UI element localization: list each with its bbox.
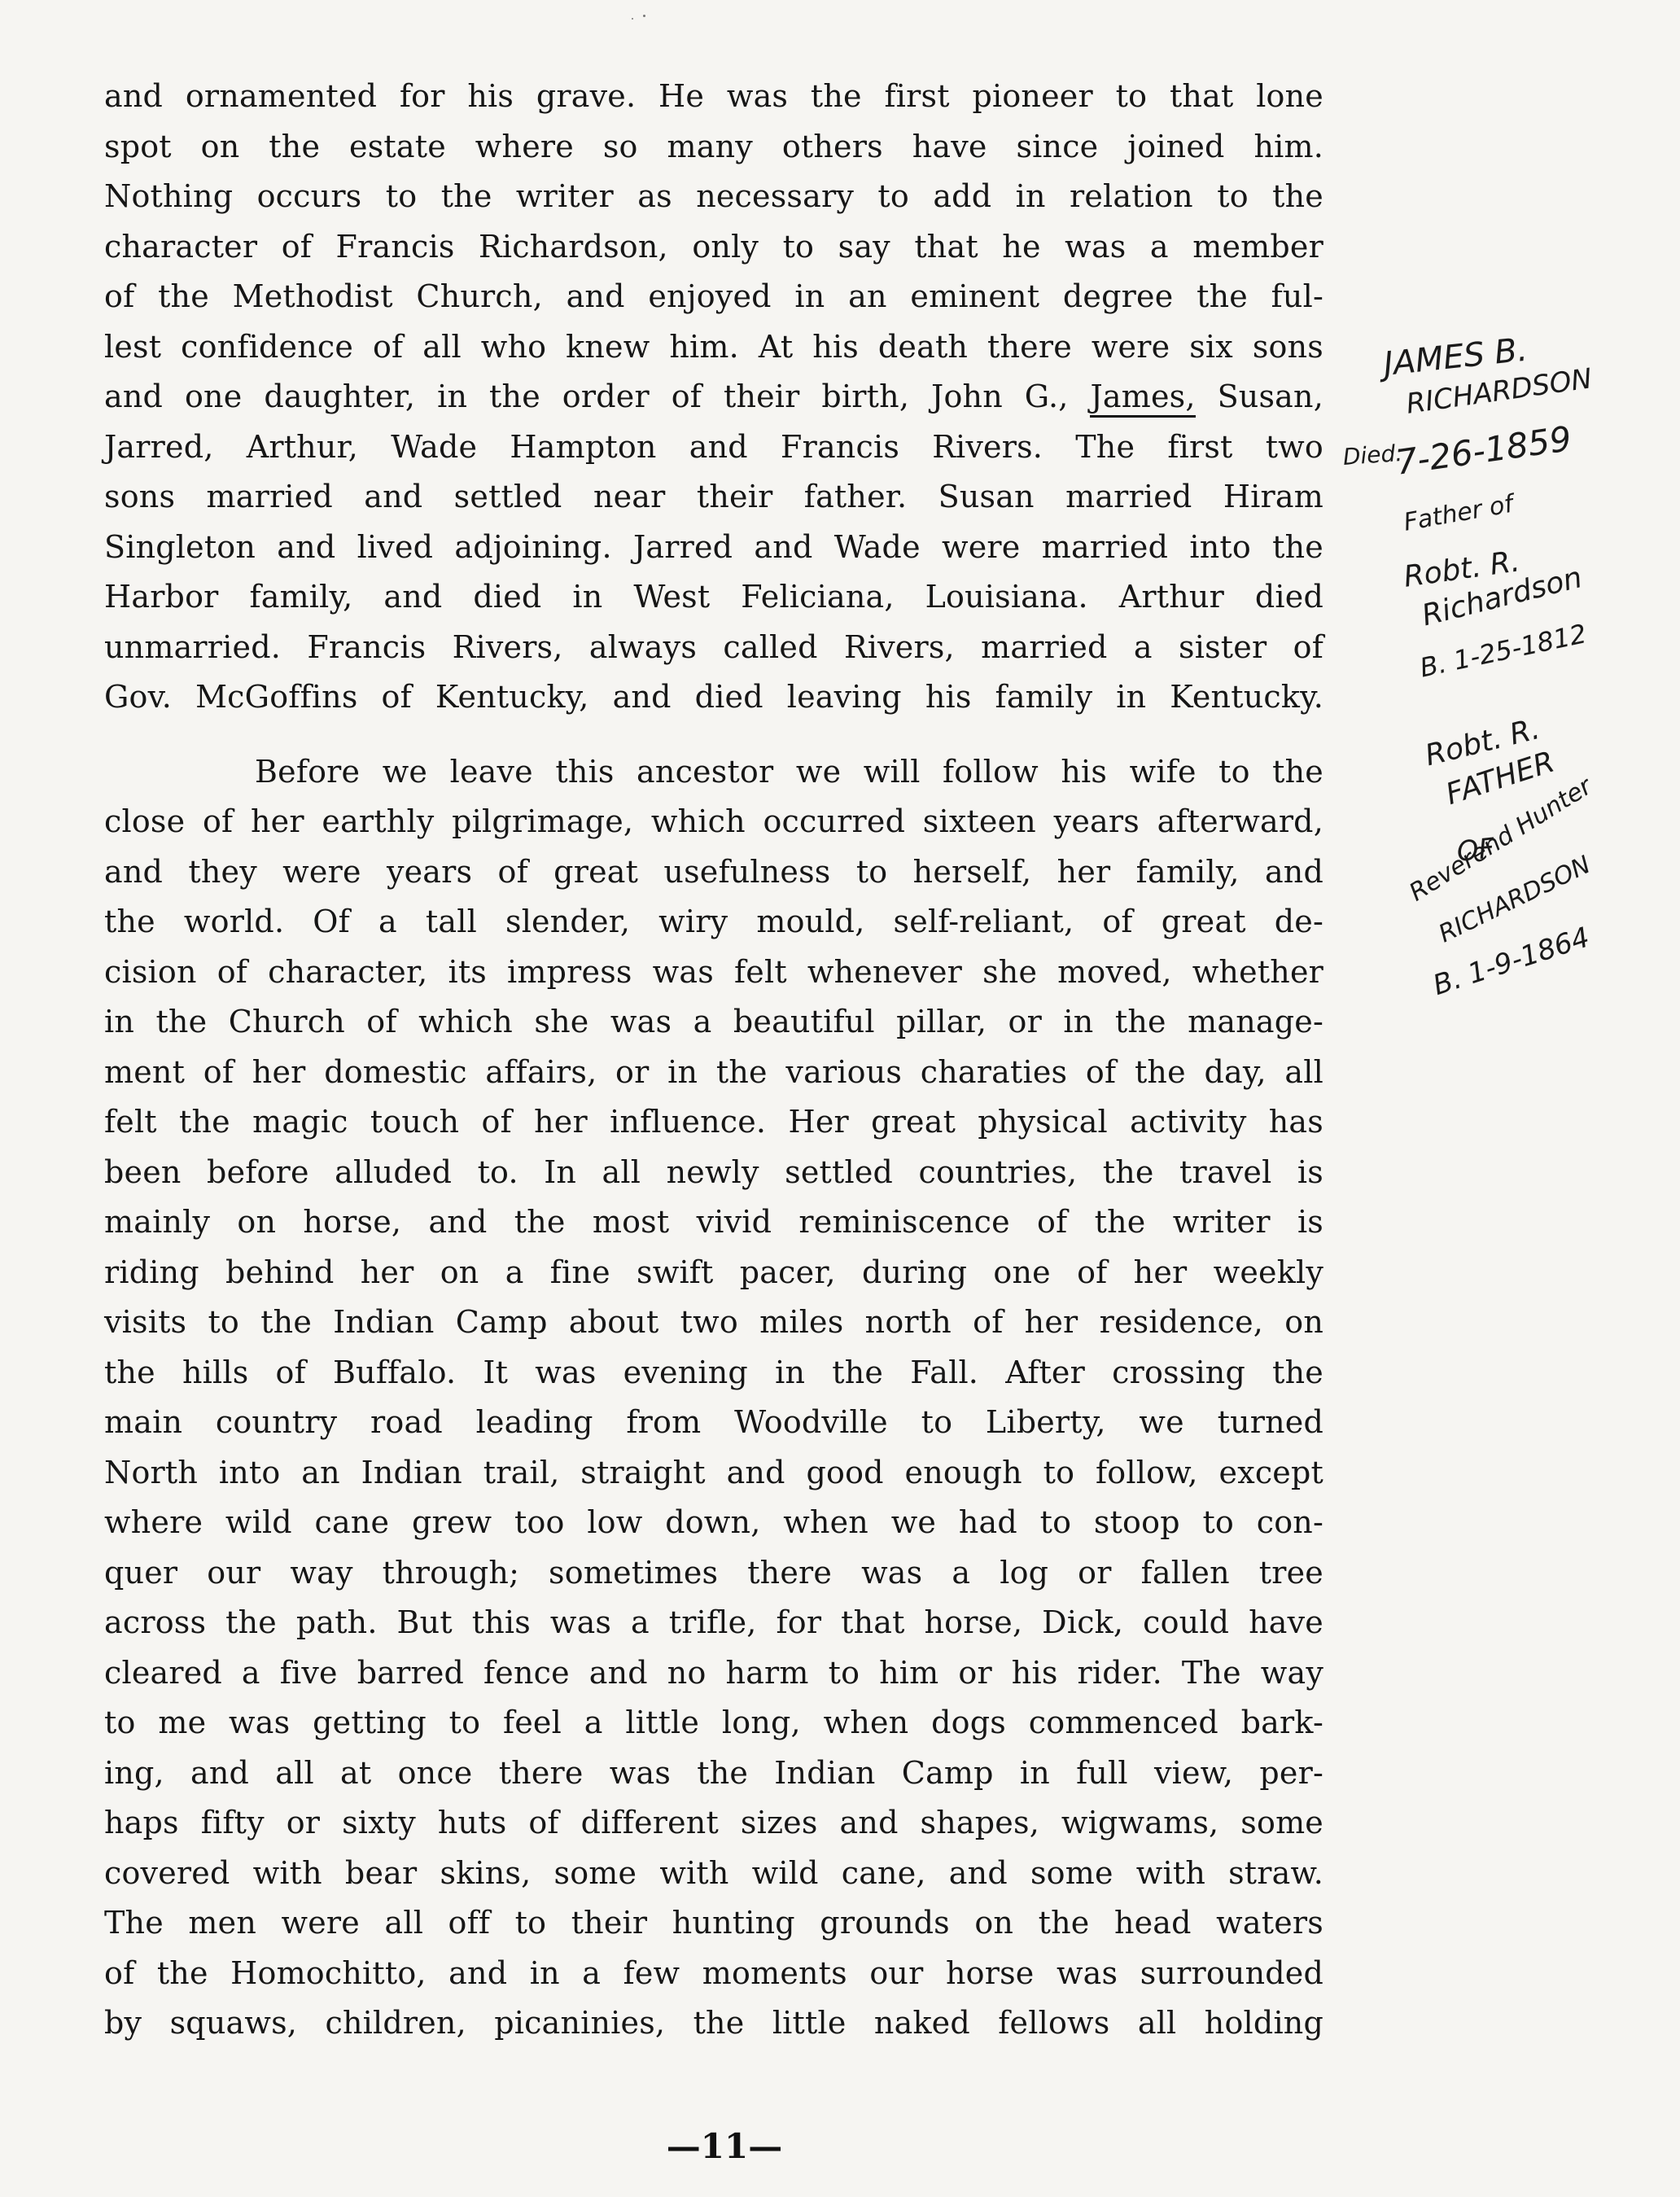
scan-artifact <box>632 18 633 20</box>
text-line: spot on the estate where so many others … <box>104 122 1323 173</box>
text-line: in the Church of which she was a beautif… <box>104 997 1323 1048</box>
text-line: by squaws, children, picaninies, the lit… <box>104 1998 1323 2049</box>
text-line: haps fifty or sixty huts of different si… <box>104 1798 1323 1849</box>
text-line: North into an Indian trail, straight and… <box>104 1448 1323 1499</box>
text-line: close of her earthly pilgrimage, which o… <box>104 797 1323 847</box>
paragraph-gap <box>104 723 1323 747</box>
scan-artifact <box>643 15 645 17</box>
text-line: of the Homochitto, and in a few moments … <box>104 1949 1323 1999</box>
text-line: Harbor family, and died in West Felician… <box>104 572 1323 623</box>
text-line: main country road leading from Woodville… <box>104 1398 1323 1448</box>
text-line: where wild cane grew too low down, when … <box>104 1498 1323 1548</box>
text-line: lest confidence of all who knew him. At … <box>104 322 1323 373</box>
text-line: mainly on horse, and the most vivid remi… <box>104 1197 1323 1248</box>
text-line: cleared a five barred fence and no harm … <box>104 1648 1323 1699</box>
text-line: felt the magic touch of her influence. H… <box>104 1097 1323 1148</box>
text-line: sons married and settled near their fath… <box>104 472 1323 523</box>
text-line: across the path. But this was a trifle, … <box>104 1598 1323 1648</box>
text-line-with-underline: and one daughter, in the order of their … <box>104 372 1323 422</box>
text-line: ment of her domestic affairs, or in the … <box>104 1048 1323 1098</box>
handwritten-text: 7-26-1859 <box>1393 422 1573 480</box>
text-line: and ornamented for his grave. He was the… <box>104 72 1323 122</box>
text-line: Singleton and lived adjoining. Jarred an… <box>104 523 1323 573</box>
page-number: —11— <box>0 2126 1449 2166</box>
underlined-name-james: James, <box>1090 379 1195 418</box>
text-line: Nothing occurs to the writer as necessar… <box>104 172 1323 222</box>
text-line: quer our way through; sometimes there wa… <box>104 1548 1323 1599</box>
text-line: of the Methodist Church, and enjoyed in … <box>104 272 1323 322</box>
text-line: character of Francis Richardson, only to… <box>104 222 1323 273</box>
text-line: The men were all off to their hunting gr… <box>104 1898 1323 1949</box>
body-text: and ornamented for his grave. He was the… <box>104 72 1323 2049</box>
text-line-indented: Before we leave this ancestor we will fo… <box>104 747 1323 798</box>
text-line: visits to the Indian Camp about two mile… <box>104 1298 1323 1348</box>
scanned-page: and ornamented for his grave. He was the… <box>0 0 1680 2197</box>
text-line: Gov. McGoffins of Kentucky, and died lea… <box>104 672 1323 723</box>
text-line: covered with bear skins, some with wild … <box>104 1849 1323 1899</box>
text-line: the hills of Buffalo. It was evening in … <box>104 1348 1323 1398</box>
text-line: Jarred, Arthur, Wade Hampton and Francis… <box>104 422 1323 473</box>
text-segment: and one daughter, in the order of their … <box>104 379 1090 414</box>
text-line: cision of character, its impress was fel… <box>104 948 1323 998</box>
handwritten-text: Father of <box>1402 492 1515 536</box>
text-line: and they were years of great usefulness … <box>104 847 1323 898</box>
text-line: riding behind her on a fine swift pacer,… <box>104 1248 1323 1298</box>
text-line: unmarried. Francis Rivers, always called… <box>104 623 1323 673</box>
text-line: been before alluded to. In all newly set… <box>104 1148 1323 1198</box>
paragraph-1: and ornamented for his grave. He was the… <box>104 72 1323 723</box>
text-line: to me was getting to feel a little long,… <box>104 1698 1323 1748</box>
text-line: ing, and all at once there was the India… <box>104 1748 1323 1799</box>
paragraph-2: Before we leave this ancestor we will fo… <box>104 747 1323 2049</box>
text-line: the world. Of a tall slender, wiry mould… <box>104 897 1323 948</box>
text-segment: Susan, <box>1196 379 1323 414</box>
handwritten-text: B. 1-25-1812 <box>1418 620 1589 681</box>
